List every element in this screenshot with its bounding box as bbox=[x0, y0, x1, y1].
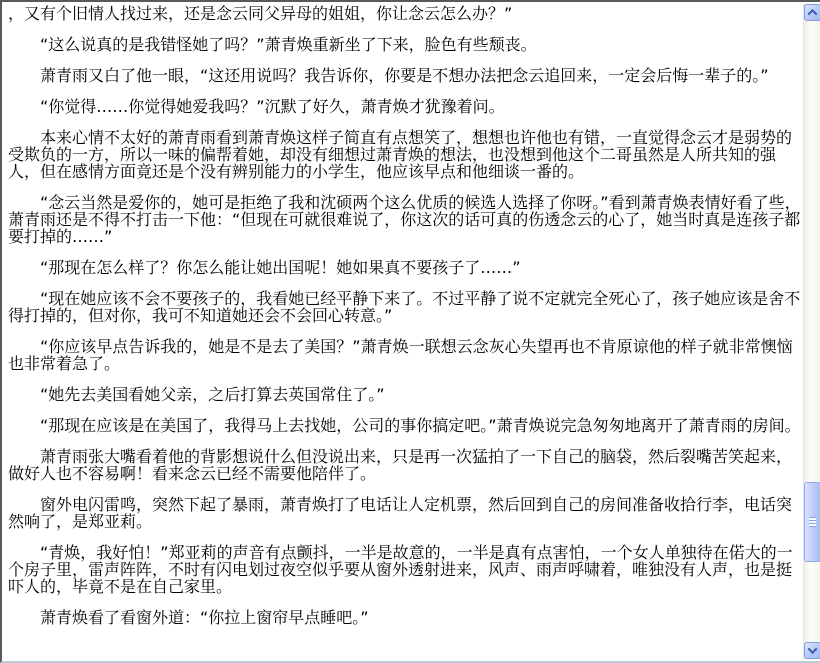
paragraph: “这么说真的是我错怪她了吗？”萧青焕重新坐了下来，脸色有些颓丧。 bbox=[8, 36, 801, 53]
paragraph: “现在她应该不会不要孩子的，我看她已经平静下来了。不过平静了说不定就完全死心了，… bbox=[8, 290, 801, 324]
scrollbar-grip-icon bbox=[809, 517, 816, 527]
paragraph: “那现在应该是在美国了，我得马上去找她，公司的事你搞定吧。”萧青焕说完急匆匆地离… bbox=[8, 417, 801, 434]
scroll-down-button[interactable] bbox=[804, 642, 820, 659]
scrollbar-thumb[interactable] bbox=[804, 482, 820, 562]
paragraph: 萧青雨张大嘴看着他的背影想说什么但没说出来，只是再一次猛拍了一下自己的脑袋，然后… bbox=[8, 448, 801, 482]
paragraph: “青焕，我好怕！”郑亚莉的声音有点颤抖，一半是故意的，一半是真有点害怕，一个女人… bbox=[8, 544, 801, 595]
paragraph: ，又有个旧情人找过来，还是念云同父异母的姐姐，你让念云怎么办？” bbox=[8, 5, 801, 22]
paragraph: “你觉得……你觉得她爱我吗？”沉默了好久，萧青焕才犹豫着问。 bbox=[8, 98, 801, 115]
chevron-down-icon bbox=[808, 644, 818, 654]
chevron-up-icon bbox=[808, 9, 818, 19]
paragraph: 萧青焕看了看窗外道：“你拉上窗帘早点睡吧。” bbox=[8, 609, 801, 626]
vertical-scrollbar[interactable] bbox=[803, 4, 820, 659]
paragraph: “她先去美国看她父亲，之后打算去英国常住了。” bbox=[8, 386, 801, 403]
paragraph: “那现在怎么样了？你怎么能让她出国呢！她如果真不要孩子了……” bbox=[8, 259, 801, 276]
paragraph: “念云当然是爱你的，她可是拒绝了我和沈硕两个这么优质的候选人选择了你呀。”看到萧… bbox=[8, 194, 801, 245]
novel-reader-window: ，又有个旧情人找过来，还是念云同父异母的姐姐，你让念云怎么办？” “这么说真的是… bbox=[0, 0, 820, 663]
paragraph: 萧青雨又白了他一眼，“这还用说吗？我告诉你，你要是不想办法把念云追回来，一定会后… bbox=[8, 67, 801, 84]
paragraph: 本来心情不太好的萧青雨看到萧青焕这样子简直有点想笑了，想想也许他也有错，一直觉得… bbox=[8, 129, 801, 180]
scroll-up-button[interactable] bbox=[804, 4, 820, 21]
paragraph: 窗外电闪雷鸣，突然下起了暴雨，萧青焕打了电话让人定机票，然后回到自己的房间准备收… bbox=[8, 496, 801, 530]
novel-text-content: ，又有个旧情人找过来，还是念云同父异母的姐姐，你让念云怎么办？” “这么说真的是… bbox=[4, 3, 801, 659]
paragraph: “你应该早点告诉我的，她是不是去了美国？”萧青焕一联想云念灰心失望再也不肯原谅他… bbox=[8, 338, 801, 372]
